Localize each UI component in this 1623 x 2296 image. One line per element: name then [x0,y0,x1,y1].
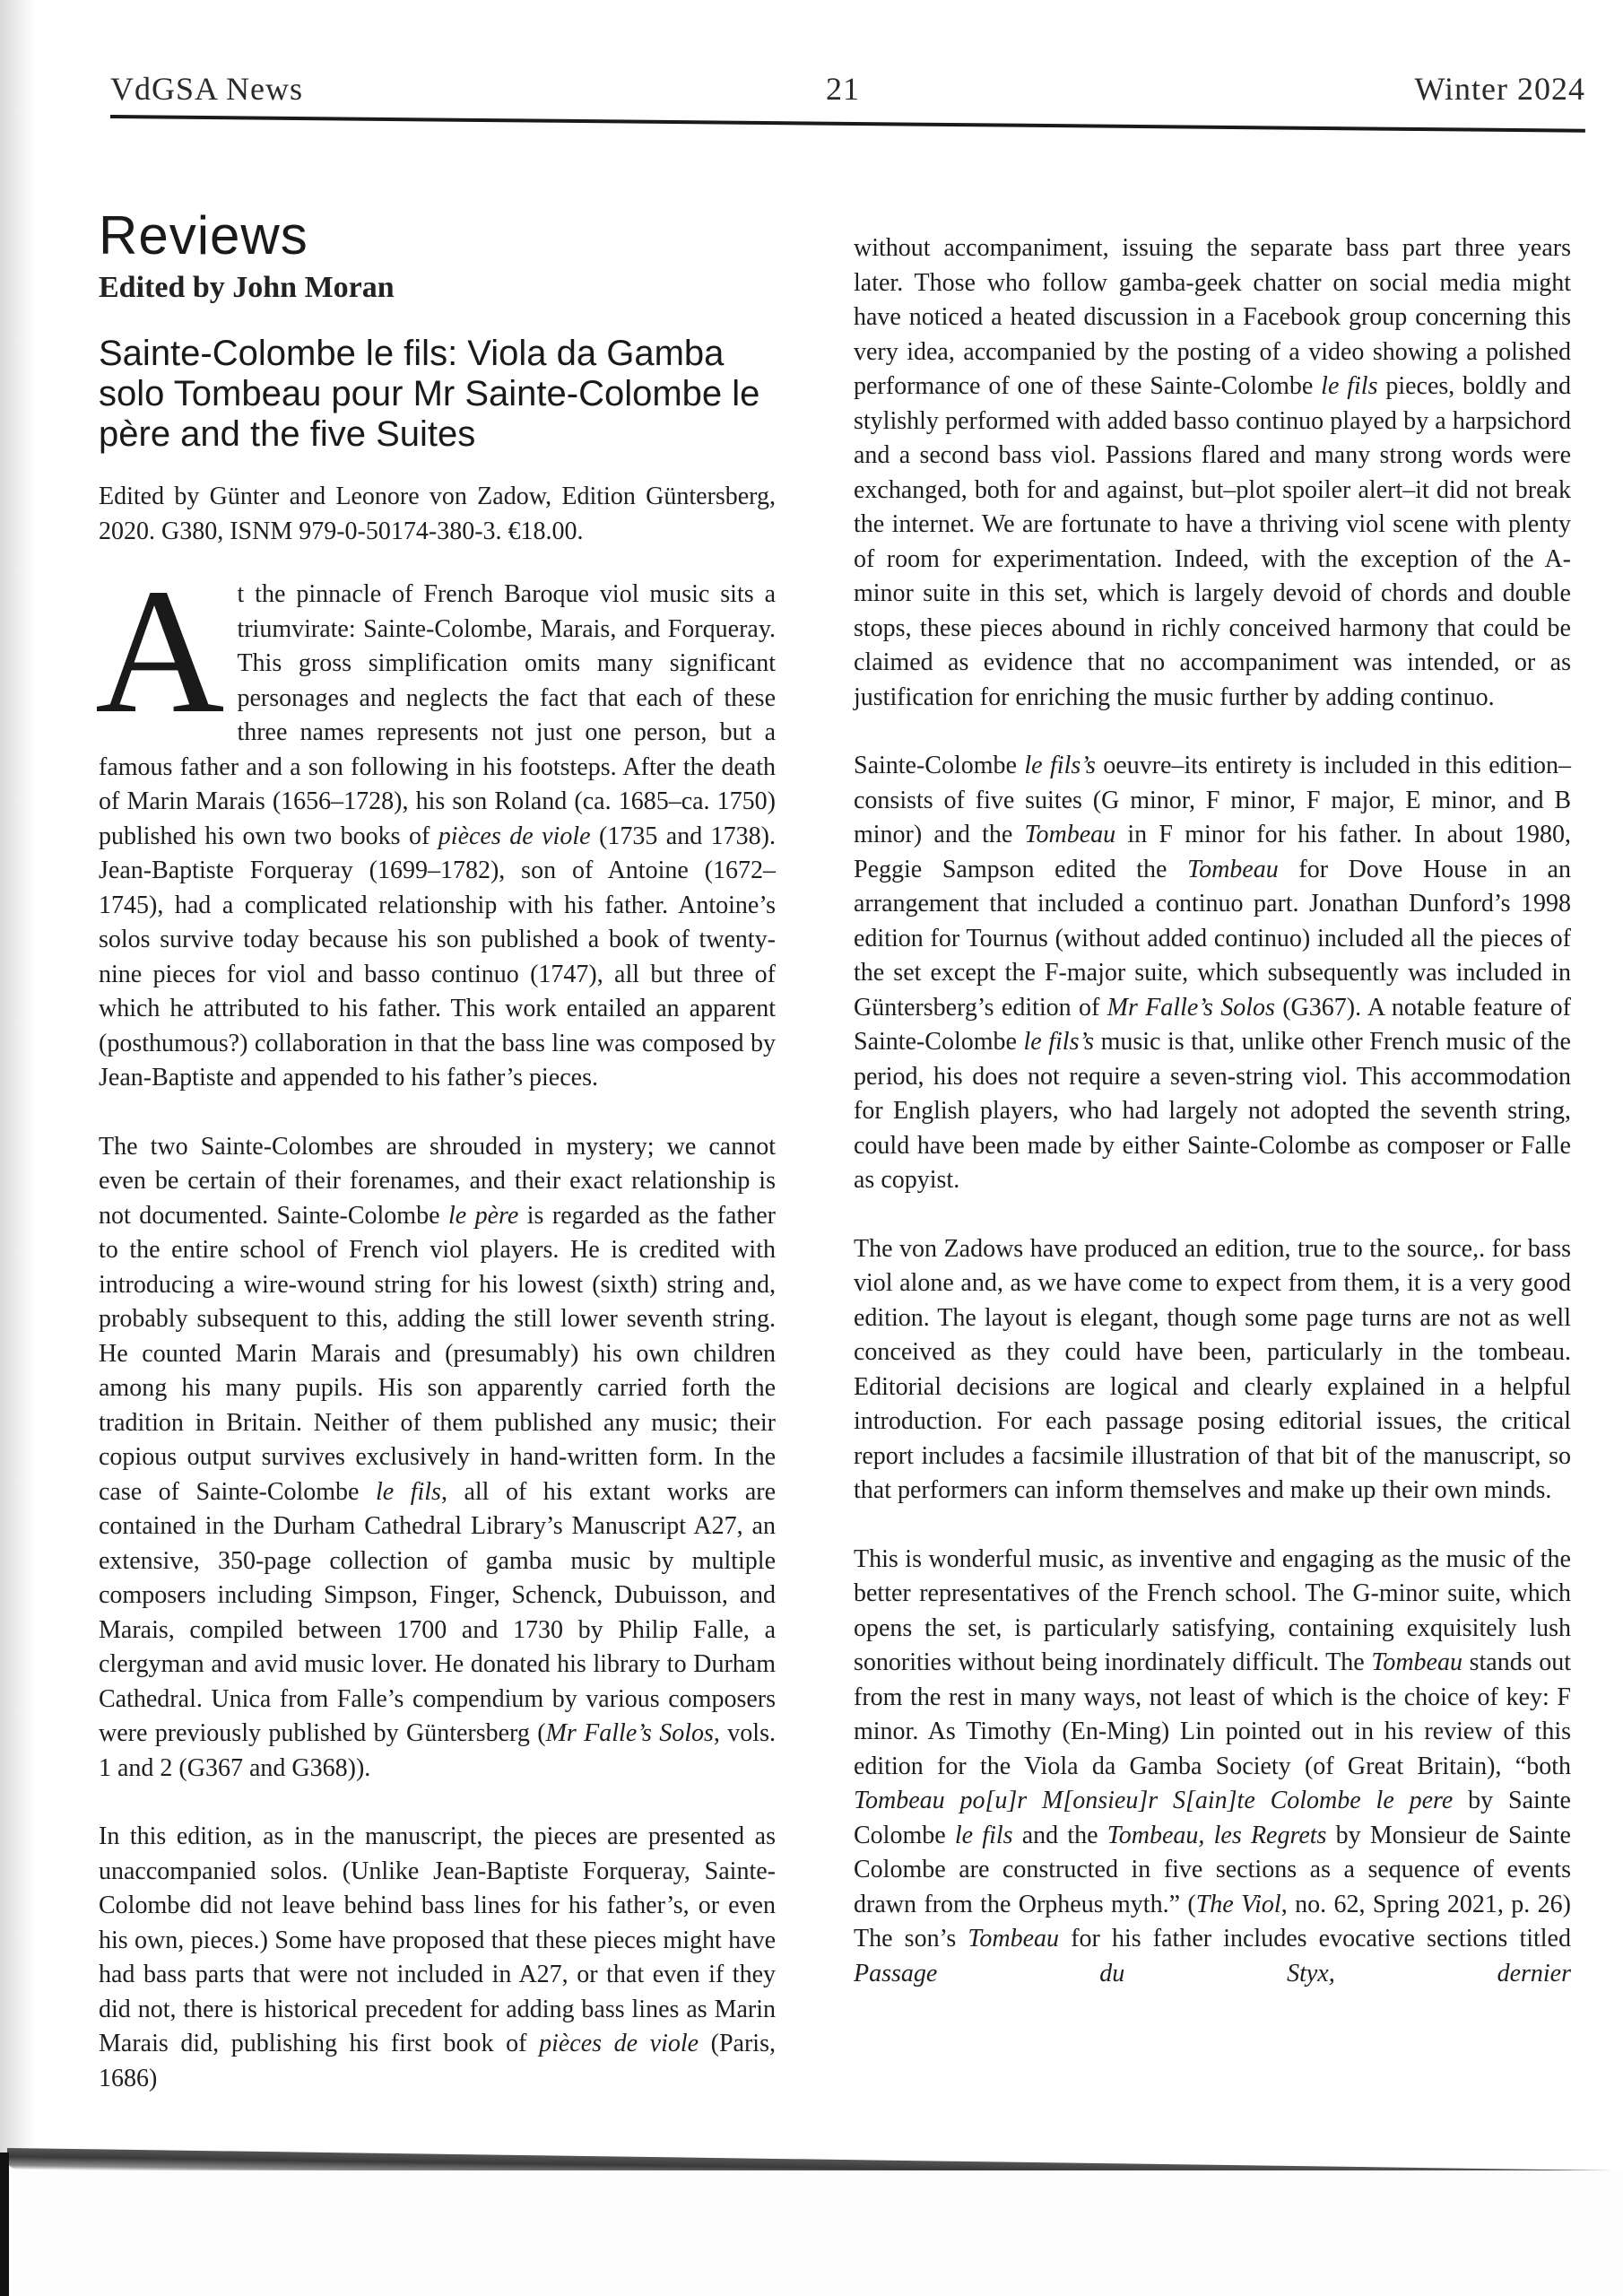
left-column: Reviews Edited by John Moran Sainte-Colo… [99,206,776,2130]
page-number: 21 [826,70,860,108]
paragraph-6: This is wonderful music, as inventive an… [854,1543,1571,1992]
issue-date: Winter 2024 [1414,70,1585,108]
paragraph-4: Sainte-Colombe le fils’s oeuvre–its enti… [854,749,1571,1198]
binding-edge [0,2152,9,2296]
drop-cap: A [95,585,224,719]
paragraph-5: The von Zadows have produced an edition,… [854,1232,1571,1509]
binding-shadow [0,0,36,2161]
paragraph-3-start: In this edition, as in the manuscript, t… [99,1820,776,2096]
paragraph-2: The two Sainte-Colombes are shrouded in … [99,1130,776,1787]
section-editor: Edited by John Moran [99,267,776,309]
section-title: Reviews [99,206,776,265]
right-column: without accompaniment, issuing the separ… [854,231,1571,2025]
italic-le-fils: le fils [1321,372,1377,400]
paragraph-1: At the pinnacle of French Baroque viol m… [99,578,776,1096]
paragraph-3-continuation: without accompaniment, issuing the separ… [854,234,1571,711]
paragraph-3-continued: without accompaniment, issuing the separ… [854,231,1571,715]
review-publication-info: Edited by Günter and Leonore von Zadow, … [99,480,776,549]
publication-name: VdGSA News [110,70,303,108]
underlying-page [9,2170,1623,2296]
review-title: Sainte-Colombe le fils: Viola da Gamba s… [99,334,776,455]
